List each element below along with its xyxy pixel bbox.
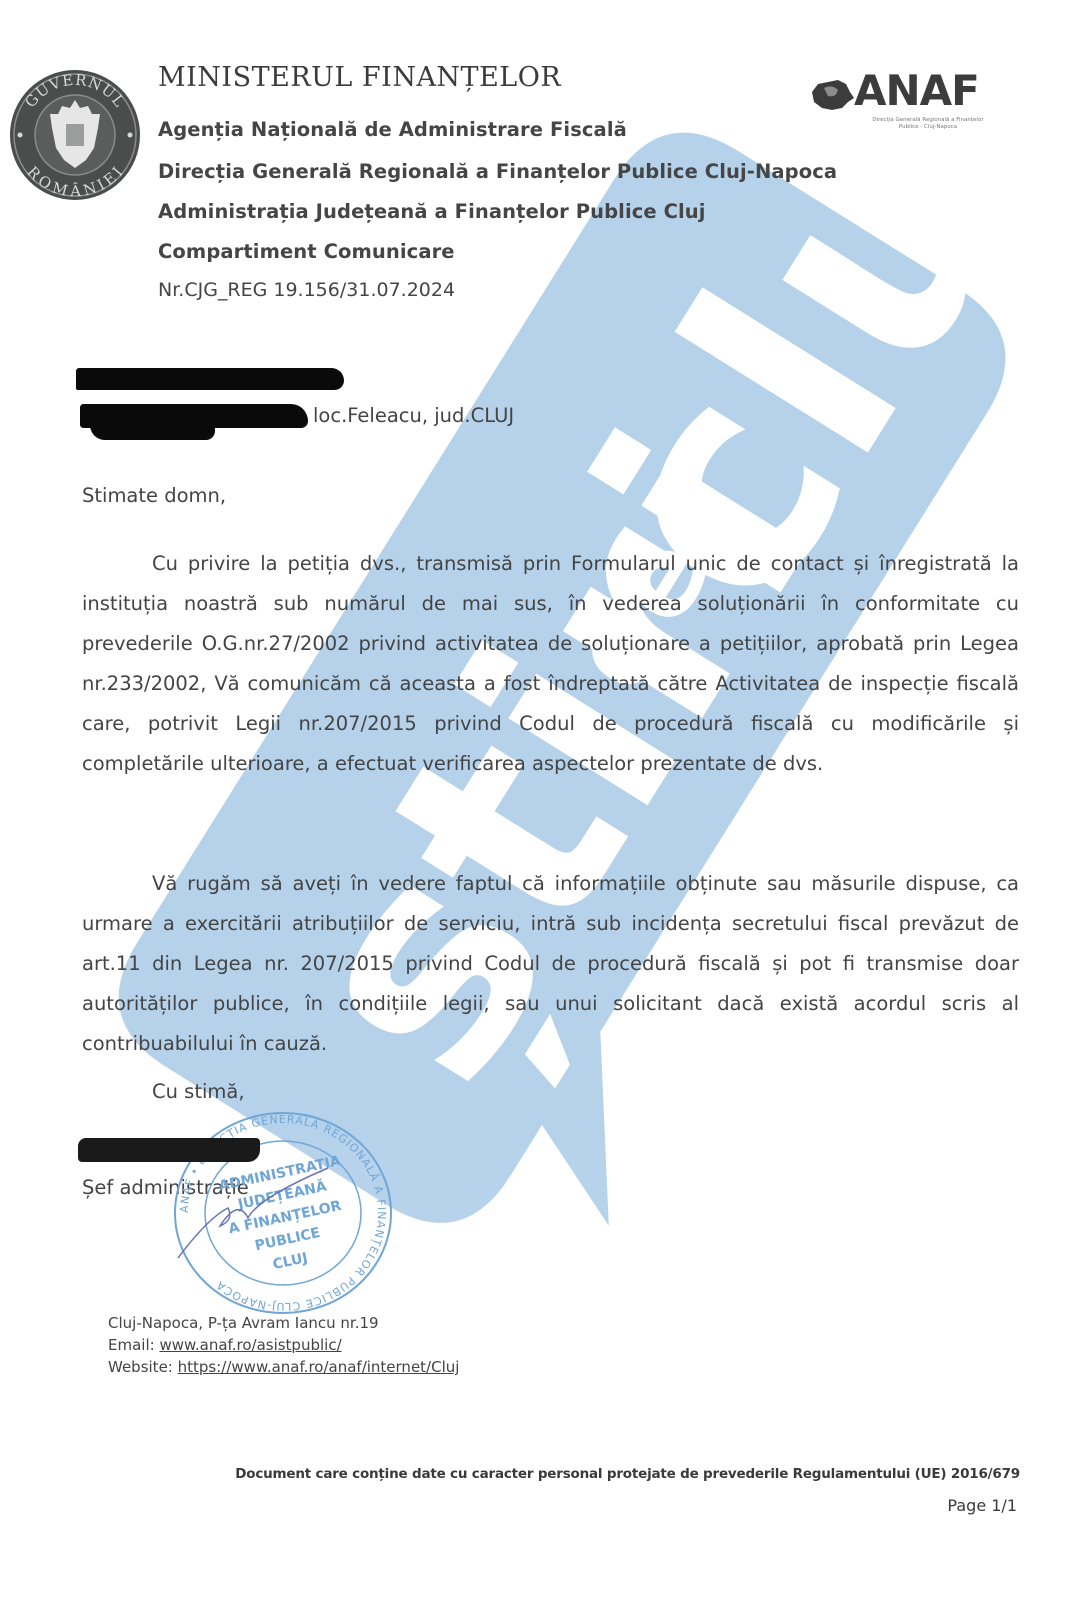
- office-address: Cluj-Napoca, P-ța Avram Iancu nr.19: [108, 1312, 459, 1334]
- footer-contact: Cluj-Napoca, P-ța Avram Iancu nr.19 Emai…: [108, 1312, 459, 1378]
- romania-map-icon: [808, 78, 856, 114]
- closing: Cu stimă,: [152, 1080, 245, 1103]
- salutation: Stimate domn,: [82, 484, 226, 507]
- agency-name: Agenția Națională de Administrare Fiscal…: [158, 118, 627, 141]
- anaf-logo: ANAF Direcția Generală Regională a Finan…: [808, 72, 1008, 142]
- addressee-location: loc.Feleacu, jud.CLUJ: [313, 404, 514, 427]
- website-link[interactable]: https://www.anaf.ro/anaf/internet/Cluj: [178, 1358, 460, 1376]
- registration-number: Nr.CJG_REG 19.156/31.07.2024: [158, 279, 455, 301]
- department-name: Compartiment Comunicare: [158, 240, 455, 263]
- redacted-name: [76, 368, 344, 390]
- page-number: Page 1/1: [947, 1496, 1017, 1515]
- letter-paragraph-2: Vă rugăm să aveți în vedere faptul că in…: [82, 864, 1019, 1064]
- government-seal-icon: GUVERNUL ROMÂNIEI: [8, 68, 142, 202]
- website-line: Website: https://www.anaf.ro/anaf/intern…: [108, 1356, 459, 1378]
- redacted-address-tail: [90, 422, 215, 440]
- letter-paragraph-1: Cu privire la petiția dvs., transmisă pr…: [82, 544, 1019, 784]
- gdpr-notice: Document care conține date cu caracter p…: [235, 1466, 1020, 1482]
- anaf-logo-text: ANAF: [854, 66, 979, 115]
- county-administration: Administrația Județeană a Finanțelor Pub…: [158, 200, 706, 223]
- email-line: Email: www.anaf.ro/asistpublic/: [108, 1334, 459, 1356]
- redacted-signer-name: [78, 1138, 260, 1162]
- email-link[interactable]: www.anaf.ro/asistpublic/: [159, 1336, 341, 1354]
- svg-text:CLUJ: CLUJ: [271, 1250, 309, 1273]
- regional-directorate: Direcția Generală Regională a Finanțelor…: [158, 160, 837, 183]
- ministry-name: MINISTERUL FINANȚELOR: [158, 62, 561, 93]
- anaf-logo-subtitle: Direcția Generală Regională a Finanțelor…: [868, 117, 988, 131]
